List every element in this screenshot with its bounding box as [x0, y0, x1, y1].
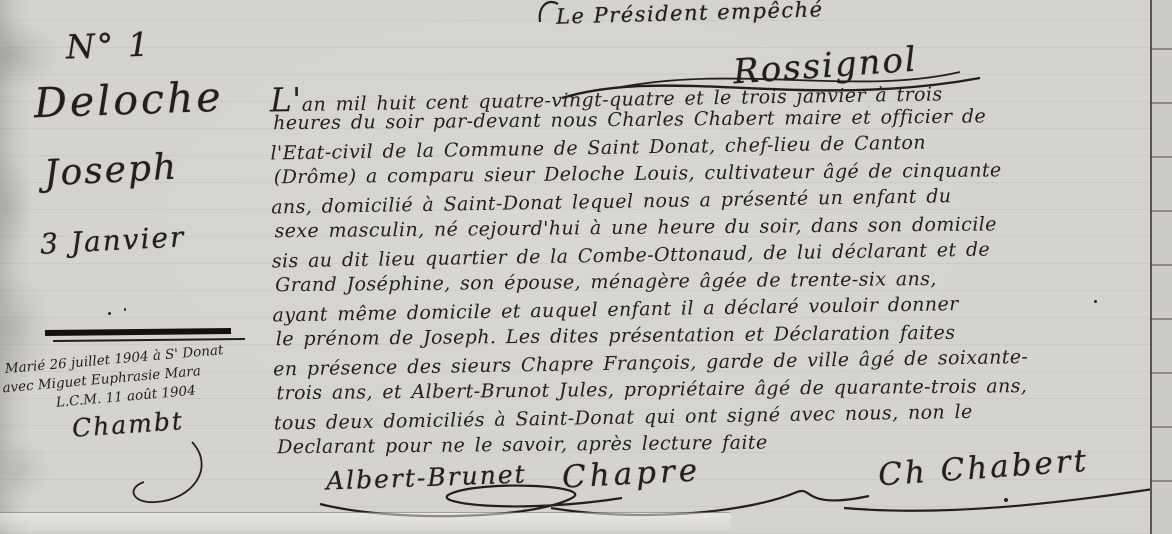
- ink-speck: [124, 308, 126, 311]
- signature-flourish: [842, 478, 1172, 534]
- scanned-birth-record-page: Le Président empêché Rossignol N° 1 Delo…: [0, 0, 1172, 534]
- ink-speck: [1004, 498, 1008, 502]
- margin-given-name: Joseph: [43, 147, 179, 195]
- ink-speck: [948, 472, 951, 475]
- act-body-text: L'an mil huit cent quatre-vingt-quatre e…: [270, 74, 1172, 463]
- act-number: N° 1: [65, 25, 151, 67]
- ink-speck: [1094, 300, 1097, 303]
- ink-speck: [108, 312, 111, 315]
- margin-surname: Deloche: [33, 73, 224, 128]
- facing-page-edge: [1150, 0, 1172, 534]
- president-note: Le Président empêché: [556, 0, 824, 29]
- signature-flourish: [96, 438, 236, 508]
- margin-strikethrough-bar: [45, 328, 231, 336]
- page-bottom-edge: [0, 512, 730, 534]
- margin-date: 3 Janvier: [39, 220, 186, 261]
- marriage-margin-note: Marié 26 juillet 1904 à S' Donat avec Mi…: [4, 334, 308, 417]
